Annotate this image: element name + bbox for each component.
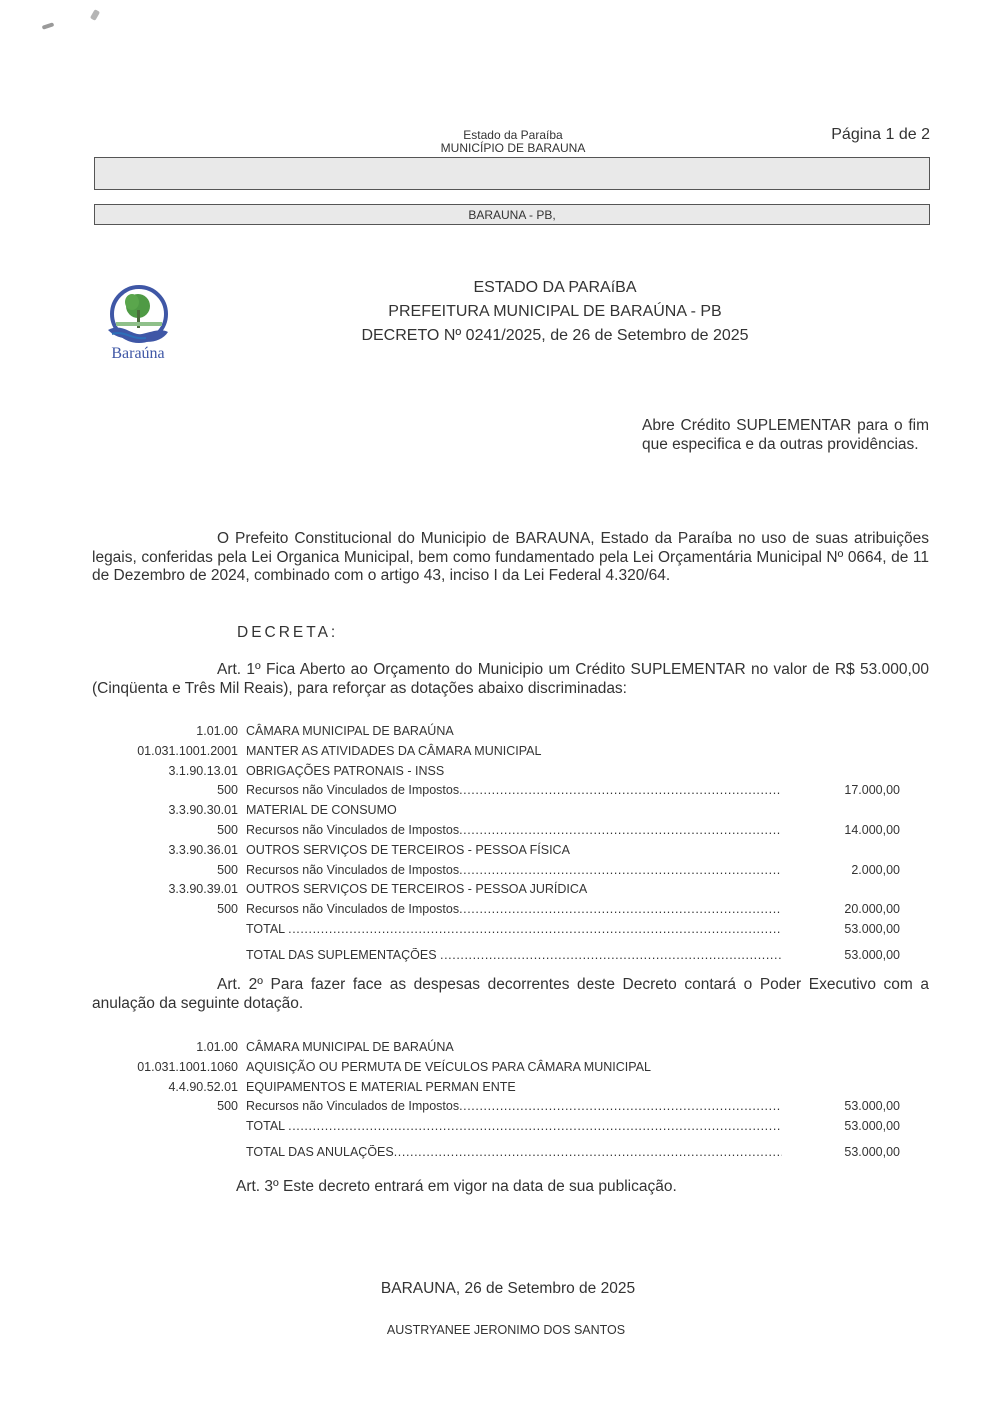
decree-title: ESTADO DA PARAíBA PREFEITURA MUNICIPAL D… xyxy=(330,276,780,348)
ledger-description: Recursos não Vinculados de Impostos xyxy=(246,863,782,877)
ledger-description: TOTAL xyxy=(246,1119,782,1133)
ledger-description: TOTAL xyxy=(246,922,782,936)
ledger-row: 3.3.90.39.01OUTROS SERVIÇOS DE TERCEIROS… xyxy=(90,882,930,902)
ledger-row: 500Recursos não Vinculados de Impostos17… xyxy=(90,783,930,803)
city-date: BARAUNA, 26 de Setembro de 2025 xyxy=(0,1280,1000,1298)
ledger-amount: 53.000,00 xyxy=(782,1119,900,1133)
ledger-description: TOTAL DAS ANULAÇÕES xyxy=(246,1145,782,1159)
ledger-code: 500 xyxy=(90,1099,246,1113)
title-prefecture: PREFEITURA MUNICIPAL DE BARAÚNA - PB xyxy=(330,300,780,324)
logo-text: Baraúna xyxy=(111,345,164,362)
ledger-row: 1.01.00CÂMARA MUNICIPAL DE BARAÚNA xyxy=(90,724,930,744)
title-state: ESTADO DA PARAíBA xyxy=(330,276,780,300)
ledger-row: 1.01.00CÂMARA MUNICIPAL DE BARAÚNA xyxy=(90,1040,930,1060)
ledger-amount: 53.000,00 xyxy=(782,922,900,936)
ledger-amount: 53.000,00 xyxy=(782,948,900,962)
ledger-code: 500 xyxy=(90,863,246,877)
ledger-code: 4.4.90.52.01 xyxy=(90,1080,246,1094)
ledger-code: 3.3.90.39.01 xyxy=(90,882,246,896)
ledger-description: TOTAL DAS SUPLEMENTAÇÕES xyxy=(246,948,782,962)
ledger-code: 500 xyxy=(90,823,246,837)
ledger-code: 01.031.1001.1060 xyxy=(90,1060,246,1074)
ledger-amount: 2.000,00 xyxy=(782,863,900,877)
ledger-code: 1.01.00 xyxy=(90,724,246,738)
ledger-row: 500Recursos não Vinculados de Impostos20… xyxy=(90,902,930,922)
ledger-code: 1.01.00 xyxy=(90,1040,246,1054)
ledger-row: TOTAL DAS SUPLEMENTAÇÕES 53.000,00 xyxy=(90,948,930,968)
ledger-description: CÂMARA MUNICIPAL DE BARAÚNA xyxy=(246,1040,782,1054)
supplements-ledger: 1.01.00CÂMARA MUNICIPAL DE BARAÚNA01.031… xyxy=(90,724,930,968)
ledger-row: 3.3.90.30.01MATERIAL DE CONSUMO xyxy=(90,803,930,823)
ledger-description: CÂMARA MUNICIPAL DE BARAÚNA xyxy=(246,724,782,738)
ledger-amount: 17.000,00 xyxy=(782,783,900,797)
ledger-description: OUTROS SERVIÇOS DE TERCEIROS - PESSOA FÍ… xyxy=(246,843,782,857)
ledger-row: 3.1.90.13.01OBRIGAÇÕES PATRONAIS - INSS xyxy=(90,764,930,784)
ledger-amount: 53.000,00 xyxy=(782,1099,900,1113)
ledger-code: 3.3.90.30.01 xyxy=(90,803,246,817)
signer-name: AUSTRYANEE JERONIMO DOS SANTOS xyxy=(0,1323,1000,1337)
title-decree-number: DECRETO Nº 0241/2025, de 26 de Setembro … xyxy=(330,324,780,348)
ledger-row: 4.4.90.52.01EQUIPAMENTOS E MATERIAL PERM… xyxy=(90,1080,930,1100)
ledger-description: Recursos não Vinculados de Impostos xyxy=(246,902,782,916)
page-indicator: Página 1 de 2 xyxy=(831,126,930,144)
scan-artifact xyxy=(42,22,55,30)
decree-summary: Abre Crédito SUPLEMENTAR para o fim que … xyxy=(642,416,929,454)
scan-artifact xyxy=(90,9,100,21)
ledger-amount: 53.000,00 xyxy=(782,1145,900,1159)
ledger-row: 500Recursos não Vinculados de Impostos2.… xyxy=(90,863,930,883)
ledger-row: 01.031.1001.2001MANTER AS ATIVIDADES DA … xyxy=(90,744,930,764)
ledger-description: Recursos não Vinculados de Impostos xyxy=(246,1099,782,1113)
ledger-description: AQUISIÇÃO OU PERMUTA DE VEÍCULOS PARA CÂ… xyxy=(246,1060,782,1074)
header-band xyxy=(94,157,930,190)
location-band: BARAUNA - PB, xyxy=(94,204,930,225)
ledger-row: 500Recursos não Vinculados de Impostos53… xyxy=(90,1099,930,1119)
ledger-code: 500 xyxy=(90,783,246,797)
article-3: Art. 3º Este decreto entrará em vigor na… xyxy=(236,1178,677,1196)
article-1: Art. 1º Fica Aberto ao Orçamento do Muni… xyxy=(92,661,929,698)
barauna-coat-icon: Baraúna xyxy=(102,284,174,364)
ledger-row: TOTAL 53.000,00 xyxy=(90,922,930,942)
annulments-ledger: 1.01.00CÂMARA MUNICIPAL DE BARAÚNA01.031… xyxy=(90,1040,930,1165)
ledger-description: Recursos não Vinculados de Impostos xyxy=(246,823,782,837)
ledger-description: OUTROS SERVIÇOS DE TERCEIROS - PESSOA JU… xyxy=(246,882,782,896)
ledger-code: 500 xyxy=(90,902,246,916)
ledger-row: 01.031.1001.1060AQUISIÇÃO OU PERMUTA DE … xyxy=(90,1060,930,1080)
ledger-description: Recursos não Vinculados de Impostos xyxy=(246,783,782,797)
ledger-amount: 20.000,00 xyxy=(782,902,900,916)
ledger-description: MATERIAL DE CONSUMO xyxy=(246,803,782,817)
decreta-heading: DECRETA: xyxy=(237,624,338,642)
ledger-code: 3.3.90.36.01 xyxy=(90,843,246,857)
ledger-row: 500Recursos não Vinculados de Impostos14… xyxy=(90,823,930,843)
ledger-description: EQUIPAMENTOS E MATERIAL PERMAN ENTE xyxy=(246,1080,782,1094)
ledger-description: OBRIGAÇÕES PATRONAIS - INSS xyxy=(246,764,782,778)
preamble-paragraph: O Prefeito Constitucional do Municipio d… xyxy=(92,530,929,586)
ledger-amount: 14.000,00 xyxy=(782,823,900,837)
article-2: Art. 2º Para fazer face as despesas deco… xyxy=(92,976,929,1013)
ledger-description: MANTER AS ATIVIDADES DA CÂMARA MUNICIPAL xyxy=(246,744,782,758)
ledger-code: 3.1.90.13.01 xyxy=(90,764,246,778)
ledger-code: 01.031.1001.2001 xyxy=(90,744,246,758)
ledger-row: 3.3.90.36.01OUTROS SERVIÇOS DE TERCEIROS… xyxy=(90,843,930,863)
ledger-row: TOTAL DAS ANULAÇÕES53.000,00 xyxy=(90,1145,930,1165)
ledger-row: TOTAL 53.000,00 xyxy=(90,1119,930,1139)
